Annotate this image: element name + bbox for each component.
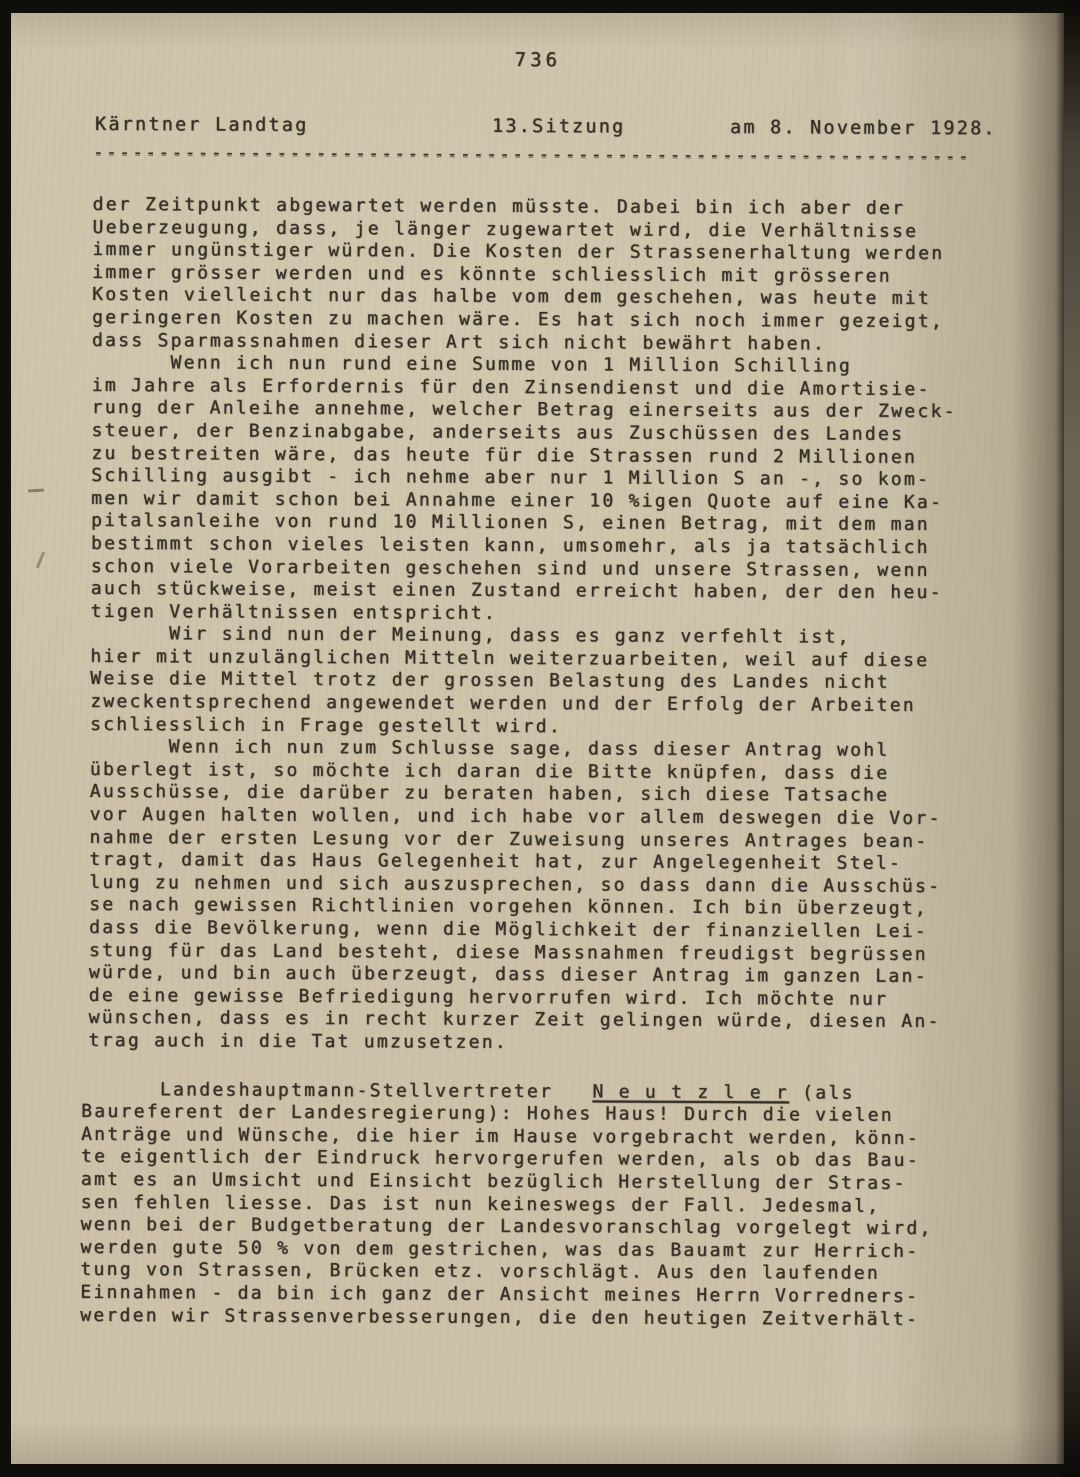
paragraph: Wenn ich nun rund eine Summe von 1 Milli…: [91, 352, 957, 627]
page-content: 736 Kärntner Landtag 13.Sitzung am 8. No…: [5, 11, 1065, 1467]
paper-sheet: 736 Kärntner Landtag 13.Sitzung am 8. No…: [11, 13, 1064, 1464]
header-session-number: 13.Sitzung: [492, 116, 625, 138]
speech-transcript: der Zeitpunkt abgewartet werden müsste. …: [87, 194, 958, 1331]
speaker-title: Landeshauptmann-Stellvertreter: [81, 1078, 592, 1101]
header-parliament-name: Kärntner Landtag: [95, 114, 309, 136]
speaker-name: N e u t z l e r: [592, 1081, 789, 1103]
page-number: 736: [11, 47, 1064, 74]
paragraph: Wir sind nun der Meinung, dass es ganz v…: [90, 623, 956, 740]
paragraph: Landeshauptmann-Stellvertreter N e u t z…: [80, 1078, 953, 1331]
header-divider-dashes: ----------------------------------------…: [93, 142, 971, 167]
text-line: trag auch in die Tat umzusetzen.: [89, 1030, 954, 1057]
header-session-date: am 8. November 1928.: [730, 117, 997, 139]
paragraph: der Zeitpunkt abgewartet werden müsste. …: [92, 194, 958, 356]
text-line: werden wir Strassenverbesserungen, die d…: [80, 1304, 952, 1331]
speaker-role-suffix: (als: [789, 1082, 855, 1103]
paragraph: Wenn ich nun zum Schlusse sage, dass die…: [89, 736, 956, 1057]
scanned-document-page: 736 Kärntner Landtag 13.Sitzung am 8. No…: [0, 0, 1080, 1477]
